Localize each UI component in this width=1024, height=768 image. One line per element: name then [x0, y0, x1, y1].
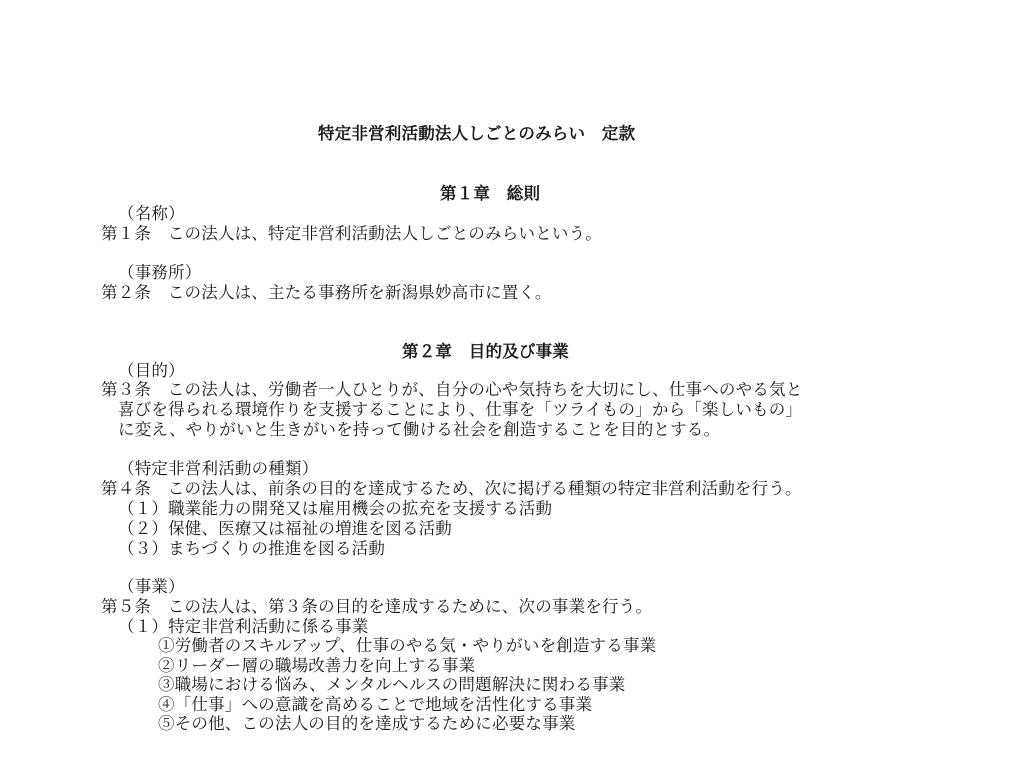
article-4-item-2: （２）保健、医療又は福祉の増進を図る活動 — [118, 519, 452, 539]
article-1-text: 第１条 この法人は、特定非営利活動法人しごとのみらいという。 — [101, 224, 602, 244]
article-5-subitem-3: ③職場における悩み、メンタルヘルスの問題解決に関わる事業 — [158, 675, 625, 695]
article-3-text-line-2: 喜びを得られる環境作りを支援することにより、仕事を「ツライもの」から「楽しいもの… — [118, 400, 802, 420]
article-2-text: 第２条 この法人は、主たる事務所を新潟県妙高市に置く。 — [101, 283, 552, 303]
article-5-item-1: （１）特定非営利活動に係る事業 — [118, 617, 369, 637]
article-4-text: 第４条 この法人は、前条の目的を達成するため、次に掲げる種類の特定非営利活動を行… — [101, 479, 802, 499]
article-5-caption: （事業） — [118, 577, 185, 597]
chapter-1-heading: 第１章 総則 — [440, 184, 540, 204]
document-title: 特定非営利活動法人しごとのみらい 定款 — [318, 124, 635, 144]
article-5-subitem-1: ①労働者のスキルアップ、仕事のやる気・やりがいを創造する事業 — [158, 636, 656, 656]
article-4-item-1: （１）職業能力の開発又は雇用機会の拡充を支援する活動 — [118, 499, 552, 519]
article-5-text: 第５条 この法人は、第３条の目的を達成するために、次の事業を行う。 — [101, 597, 652, 617]
article-5-subitem-4: ④「仕事」への意識を高めることで地域を活性化する事業 — [158, 695, 592, 715]
chapter-2-heading: 第２章 目的及び事業 — [402, 342, 569, 362]
article-3-text-line-1: 第３条 この法人は、労働者一人ひとりが、自分の心や気持ちを大切にし、仕事へのやる… — [101, 380, 802, 400]
article-4-caption: （特定非営利活動の種類） — [118, 459, 318, 479]
article-3-text-line-3: に変え、やりがいと生きがいを持って働ける社会を創造することを目的とする。 — [118, 420, 720, 440]
article-1-caption: （名称） — [118, 204, 185, 224]
article-2-caption: （事務所） — [118, 263, 202, 283]
article-5-subitem-5: ⑤その他、この法人の目的を達成するために必要な事業 — [158, 714, 576, 734]
article-5-subitem-2: ②リーダー層の職場改善力を向上する事業 — [158, 656, 475, 676]
article-4-item-3: （３）まちづくりの推進を図る活動 — [118, 539, 385, 559]
article-3-caption: （目的） — [118, 361, 185, 381]
